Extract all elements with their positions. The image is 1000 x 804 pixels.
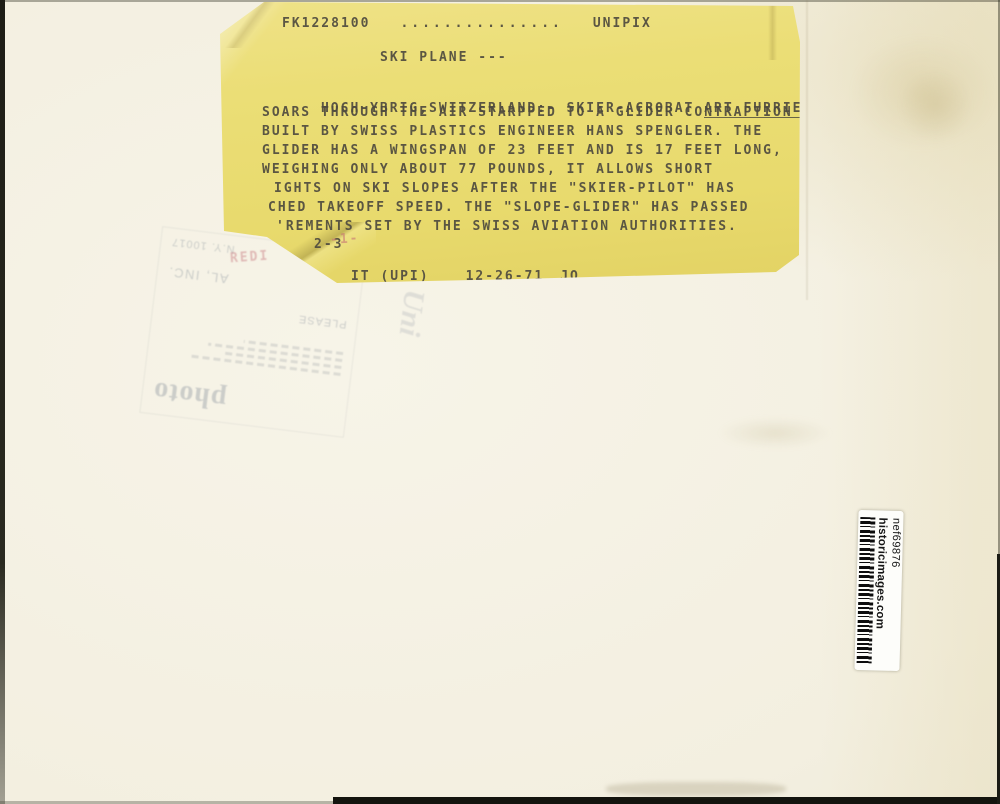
caption-body-line: CHED TAKEOFF SPEED. THE "SLOPE-GLIDER" H… xyxy=(268,200,750,215)
caption-body-line: SOARS THROUGH THE AIR STARPPED TO A GLID… xyxy=(262,105,793,120)
stamp-photo-word: photo xyxy=(151,374,338,428)
caption-title: SKI PLANE --- xyxy=(380,50,508,65)
barcode-id-text: nef69876 xyxy=(887,518,902,664)
stamp-illegible-lines xyxy=(157,326,344,380)
caption-agency: UNIPIX xyxy=(593,16,652,31)
barcode-sticker: nef69876 historicimages.com xyxy=(854,510,903,671)
caption-id-line: FK1228100 ............... UNIPIX xyxy=(282,16,652,31)
caption-dots: ............... xyxy=(400,16,562,31)
stamp-please-fragment: PLEASE xyxy=(163,296,347,330)
scan-edge-left xyxy=(0,0,5,804)
faded-credit-fragment: REDI xyxy=(230,249,270,267)
slip-vertical-crease xyxy=(768,4,777,60)
caption-initials: JO xyxy=(560,269,580,284)
paper-crease xyxy=(806,0,808,300)
barcode xyxy=(857,517,876,663)
scan-edge-top xyxy=(0,0,1000,2)
paper-smudge xyxy=(606,782,786,796)
caption-body-line: BUILT BY SWISS PLASTICS ENGINEER HANS SP… xyxy=(262,124,763,139)
press-photo-back-scan: photo PLEASE AL, INC. N.Y. 10017 Uni RED… xyxy=(0,0,1000,804)
caption-body-line: GLIDER HAS A WINGSPAN OF 23 FEET AND IS … xyxy=(262,143,783,158)
paper-smudge xyxy=(700,412,850,454)
caption-credit: IT (UPI) xyxy=(351,269,430,284)
faded-pink-fragment: -1- xyxy=(330,231,360,248)
scan-edge-bottom xyxy=(333,797,1000,804)
caption-id-number: FK1228100 xyxy=(282,16,370,31)
paper-stain xyxy=(888,58,983,153)
caption-slip: FK1228100 ............... UNIPIX SKI PLA… xyxy=(218,0,802,290)
paper-stain xyxy=(828,18,1000,168)
caption-body-line: WEIGHING ONLY ABOUT 77 POUNDS, IT ALLOWS… xyxy=(262,162,714,177)
caption-date: 12-26-71 xyxy=(466,269,545,284)
stamp-script-fragment: Uni xyxy=(392,288,431,338)
slip-corner-crease xyxy=(218,0,282,48)
caption-body-line: IGHTS ON SKI SLOPES AFTER THE "SKIER-PIL… xyxy=(274,181,736,196)
